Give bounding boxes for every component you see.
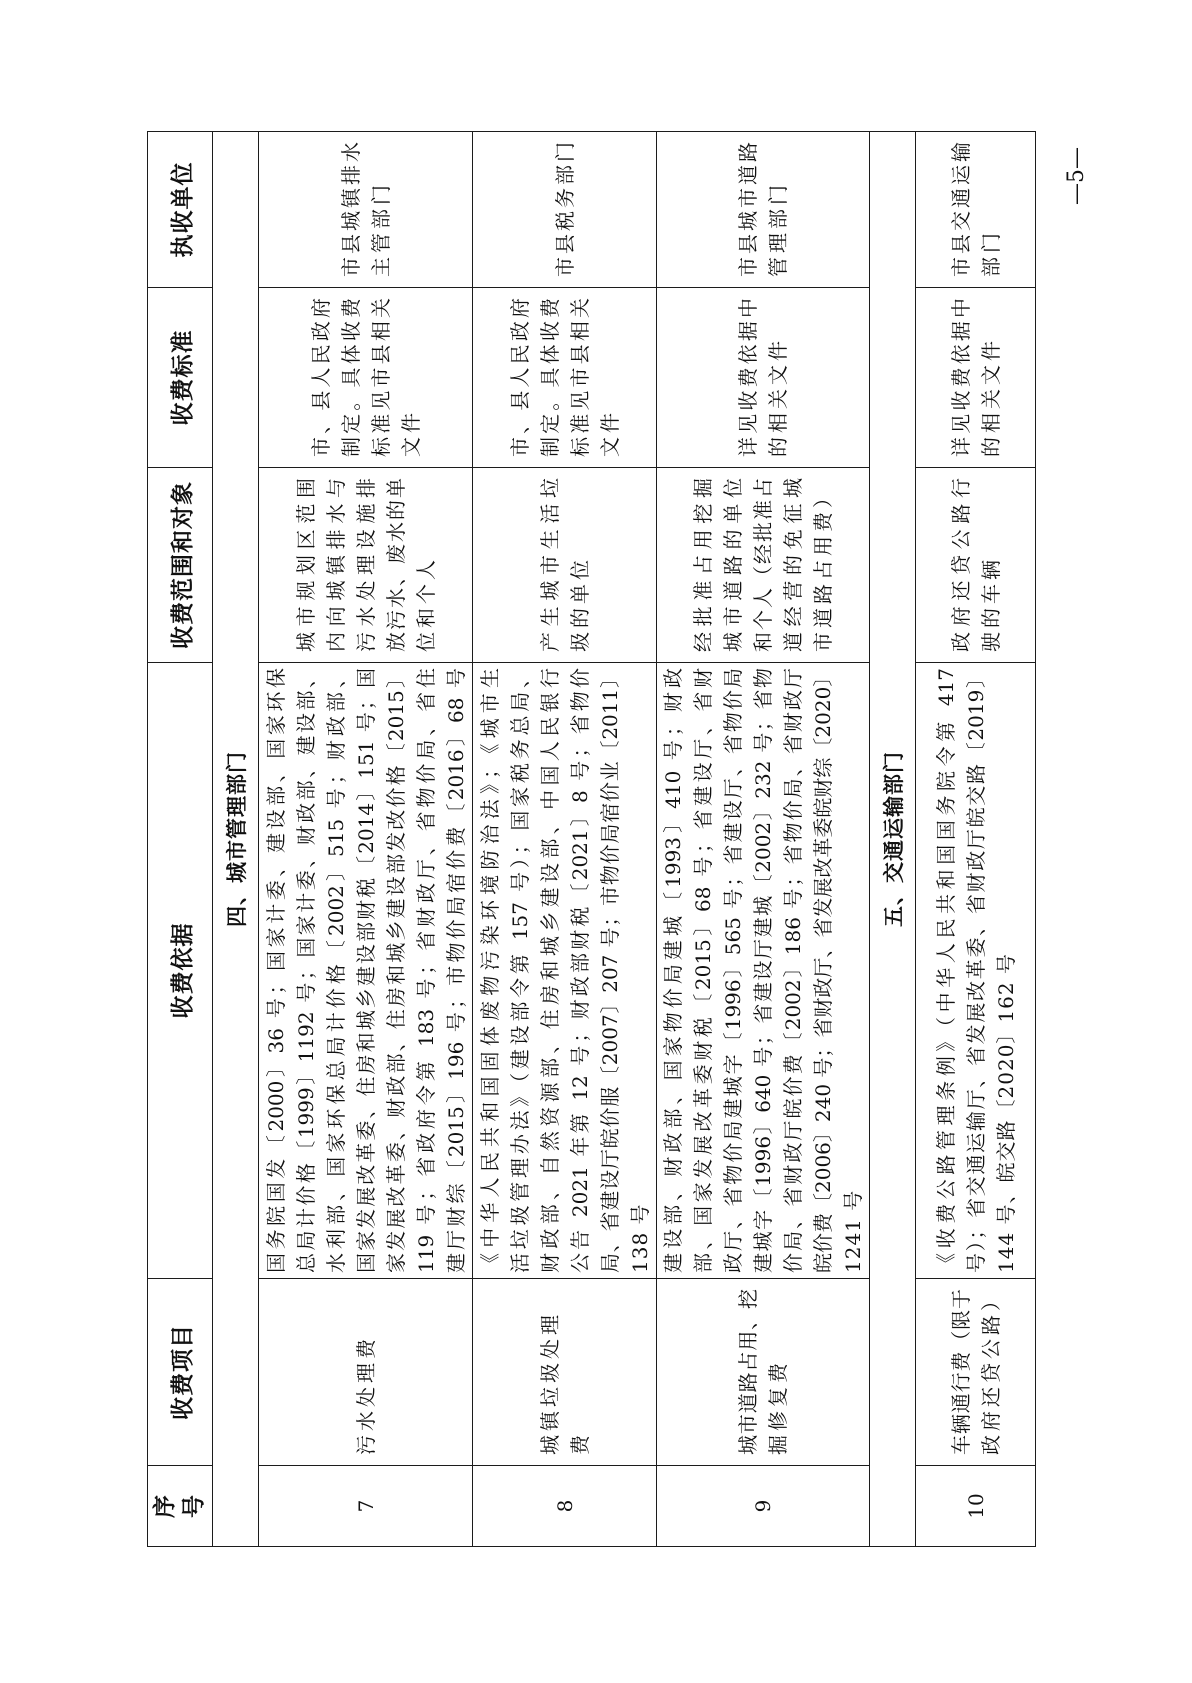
fee-standard-line: 市、县人民政府	[306, 298, 336, 457]
fee-scope-line: 政府还贷公路行	[946, 478, 976, 652]
fee-item-line: 政府还贷公路）	[976, 1289, 1006, 1455]
fee-collector-line: 市县税务部门	[550, 142, 580, 277]
fee-item-cell: 污水处理费	[259, 1279, 473, 1466]
header-collector: 执收单位	[148, 132, 213, 288]
fee-standard-cell: 市、县人民政府 制定。具体收费 标准见市县相关 文件	[259, 288, 473, 468]
fee-scope-line: 城市道路的单位	[718, 478, 748, 652]
fee-basis-line: 号）；省交通运输厅、省发展改革委、省财政厅皖交路〔2019〕	[961, 668, 991, 1273]
fee-basis-line: 144 号、皖交路〔2020〕162 号	[991, 668, 1021, 1273]
fee-collector-line: 市县交通运输	[946, 142, 976, 277]
fee-basis-line: 家发展改革委、财政部、住房和城乡建设部发改价格〔2015〕	[381, 668, 411, 1273]
fee-standard-line: 文件	[396, 298, 426, 457]
header-basis: 收费依据	[148, 663, 213, 1279]
fee-basis-line: 国务院国发〔2000〕36 号；国家计委、建设部、国家环保	[261, 668, 291, 1273]
fee-item-cell: 车辆通行费（限于 政府还贷公路）	[916, 1279, 1036, 1466]
fee-collector-cell: 市县交通运输 部门	[916, 132, 1036, 288]
fee-standard-cell: 市、县人民政府 制定。具体收费 标准见市县相关 文件	[473, 288, 657, 468]
fee-basis-line: 138 号	[625, 668, 655, 1273]
row-number: 9	[657, 1466, 870, 1547]
fee-basis-line: 建厅财综〔2015〕196 号；市物价局宿价费〔2016〕68 号	[441, 668, 471, 1273]
fee-item-line: 掘修复费	[763, 1289, 793, 1455]
fee-scope-line: 产生城市生活垃	[535, 478, 565, 652]
fee-scope-line: 城市规划区范围	[291, 478, 321, 652]
fee-item-line: 城市道路占用、挖	[733, 1289, 763, 1455]
fee-scope-line: 道经营的免征城	[778, 478, 808, 652]
fee-standard-line: 的相关文件	[763, 298, 793, 457]
fee-standard-line: 标准见市县相关	[366, 298, 396, 457]
fee-collector-cell: 市县税务部门	[473, 132, 657, 288]
fee-standard-line: 市、县人民政府	[505, 298, 535, 457]
fee-scope-line: 和个人（经批准占	[748, 478, 778, 652]
fee-item-cell: 城市道路占用、挖 掘修复费	[657, 1279, 870, 1466]
fee-collector-line: 市县城镇排水	[336, 142, 366, 277]
fee-item-line: 污水处理费	[351, 1289, 381, 1455]
fee-basis-line: 总局计价格〔1999〕1192 号；国家计委、财政部、建设部、	[291, 668, 321, 1273]
fee-scope-cell: 政府还贷公路行 驶的车辆	[916, 468, 1036, 663]
fee-basis-line: 建设部、财政部、国家物价局建城〔1993〕410 号；财政	[658, 668, 688, 1273]
fee-basis-cell: 《收费公路管理条例》（中华人民共和国国务院令第 417 号）；省交通运输厅、省发…	[916, 663, 1036, 1279]
section-title: 五、交通运输部门	[870, 132, 916, 1547]
fee-scope-line: 放污水、废水的单	[381, 478, 411, 652]
table-row: 7 污水处理费 国务院国发〔2000〕36 号；国家计委、建设部、国家环保 总局…	[259, 132, 473, 1547]
fee-table: 序号 收费项目 收费依据 收费范围和对象 收费标准 执收单位 四、城市管理部门 …	[147, 131, 1036, 1547]
fee-scope-cell: 产生城市生活垃 圾的单位	[473, 468, 657, 663]
fee-basis-line: 国家发展改革委、住房和城乡建设部财税〔2014〕151 号；国	[351, 668, 381, 1273]
fee-collector-line: 市县城市道路	[733, 142, 763, 277]
fee-collector-line: 部门	[976, 142, 1006, 277]
fee-basis-line: 局、省建设厅皖价服〔2007〕207 号；市物价局宿价业〔2011〕	[595, 668, 625, 1273]
fee-basis-line: 水利部、国家环保总局计价格〔2002〕515 号；财政部、	[321, 668, 351, 1273]
fee-collector-cell: 市县城市道路 管理部门	[657, 132, 870, 288]
fee-collector-cell: 市县城镇排水 主管部门	[259, 132, 473, 288]
fee-standard-line: 标准见市县相关	[565, 298, 595, 457]
fee-basis-line: 价局、省财政厅皖价费〔2002〕186 号；省物价局、省财政厅	[778, 668, 808, 1273]
header-standard: 收费标准	[148, 288, 213, 468]
fee-scope-line: 市道路占用费）	[808, 478, 838, 652]
header-row: 序号 收费项目 收费依据 收费范围和对象 收费标准 执收单位	[148, 132, 213, 1547]
fee-item-cell: 城镇垃圾处理费	[473, 1279, 657, 1466]
fee-standard-line: 文件	[595, 298, 625, 457]
row-number: 7	[259, 1466, 473, 1547]
row-number: 8	[473, 1466, 657, 1547]
rotated-sheet: 序号 收费项目 收费依据 收费范围和对象 收费标准 执收单位 四、城市管理部门 …	[0, 0, 1192, 1683]
fee-basis-line: 《中华人民共和国固体废物污染环境防治法》；《城市生	[475, 668, 505, 1273]
table-row: 8 城镇垃圾处理费 《中华人民共和国固体废物污染环境防治法》；《城市生 活垃圾管…	[473, 132, 657, 1547]
fee-basis-line: 活垃圾管理办法》（建设部令第 157 号）；国家税务总局、	[505, 668, 535, 1273]
section-title: 四、城市管理部门	[213, 132, 259, 1547]
fee-collector-line: 主管部门	[366, 142, 396, 277]
fee-scope-line: 内向城镇排水与	[321, 478, 351, 652]
fee-basis-cell: 国务院国发〔2000〕36 号；国家计委、建设部、国家环保 总局计价格〔1999…	[259, 663, 473, 1279]
fee-standard-cell: 详见收费依据中 的相关文件	[916, 288, 1036, 468]
fee-item-line: 车辆通行费（限于	[946, 1289, 976, 1455]
fee-basis-line: 1241 号	[838, 668, 868, 1273]
fee-standard-line: 制定。具体收费	[336, 298, 366, 457]
fee-basis-cell: 建设部、财政部、国家物价局建城〔1993〕410 号；财政 部、国家发展改革委财…	[657, 663, 870, 1279]
fee-basis-line: 政厅、省物价局建城字〔1996〕565 号；省建设厅、省物价局	[718, 668, 748, 1273]
fee-basis-line: 部、国家发展改革委财税〔2015〕68 号；省建设厅、省财	[688, 668, 718, 1273]
fee-scope-cell: 城市规划区范围 内向城镇排水与 污水处理设施排 放污水、废水的单 位和个人	[259, 468, 473, 663]
section-row: 四、城市管理部门	[213, 132, 259, 1547]
header-scope: 收费范围和对象	[148, 468, 213, 663]
fee-standard-line: 详见收费依据中	[733, 298, 763, 457]
fee-scope-line: 位和个人	[411, 478, 441, 652]
fee-standard-line: 制定。具体收费	[535, 298, 565, 457]
scanned-page: 序号 收费项目 收费依据 收费范围和对象 收费标准 执收单位 四、城市管理部门 …	[0, 0, 1192, 1683]
fee-basis-line: 皖价费〔2006〕240 号；省财政厅、省发展改革委皖财综〔2020〕	[808, 668, 838, 1273]
fee-collector-line: 管理部门	[763, 142, 793, 277]
header-no: 序号	[148, 1466, 213, 1547]
table-row: 9 城市道路占用、挖 掘修复费 建设部、财政部、国家物价局建城〔1993〕410…	[657, 132, 870, 1547]
fee-basis-line: 公告 2021 年第 12 号；财政部财税〔2021〕8 号；省物价	[565, 668, 595, 1273]
fee-scope-cell: 经批准占用挖掘 城市道路的单位 和个人（经批准占 道经营的免征城 市道路占用费）	[657, 468, 870, 663]
table-row: 10 车辆通行费（限于 政府还贷公路） 《收费公路管理条例》（中华人民共和国国务…	[916, 132, 1036, 1547]
fee-standard-cell: 详见收费依据中 的相关文件	[657, 288, 870, 468]
fee-basis-line: 财政部、自然资源部、住房和城乡建设部、中国人民银行	[535, 668, 565, 1273]
fee-basis-line: 建城字〔1996〕640 号；省建设厅建城〔2002〕232 号；省物	[748, 668, 778, 1273]
fee-item-line: 城镇垃圾处理费	[535, 1289, 595, 1455]
fee-scope-line: 圾的单位	[565, 478, 595, 652]
fee-basis-line: 119 号；省政府令第 183 号；省财政厅、省物价局、省住	[411, 668, 441, 1273]
fee-scope-line: 驶的车辆	[976, 478, 1006, 652]
section-row: 五、交通运输部门	[870, 132, 916, 1547]
fee-basis-cell: 《中华人民共和国固体废物污染环境防治法》；《城市生 活垃圾管理办法》（建设部令第…	[473, 663, 657, 1279]
row-number: 10	[916, 1466, 1036, 1547]
fee-standard-line: 详见收费依据中	[946, 298, 976, 457]
header-item: 收费项目	[148, 1279, 213, 1466]
fee-scope-line: 经批准占用挖掘	[688, 478, 718, 652]
header-no-label: 序号	[151, 1494, 209, 1518]
fee-basis-line: 《收费公路管理条例》（中华人民共和国国务院令第 417	[931, 668, 961, 1273]
page-number: —5—	[1064, 131, 1089, 221]
fee-standard-line: 的相关文件	[976, 298, 1006, 457]
fee-scope-line: 污水处理设施排	[351, 478, 381, 652]
